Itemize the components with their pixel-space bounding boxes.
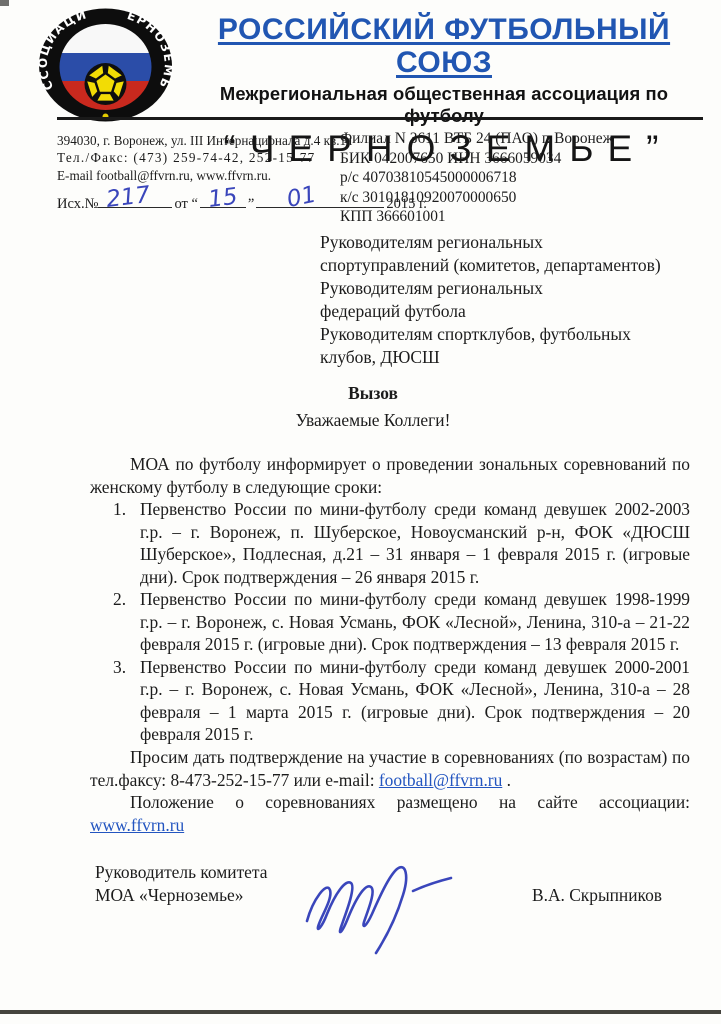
signer-position-line1: Руководитель комитета [95, 861, 267, 884]
ref-number-blank: 217 [98, 192, 172, 208]
ref-day-blank: 15 [200, 192, 246, 208]
contact-details: 394030, г. Воронеж, ул. III Интернациона… [57, 132, 353, 184]
signer-position-line2: МОА «Черноземье» [95, 884, 267, 907]
letter-subject: Вызов [90, 382, 690, 405]
site-link-line: www.ffvrn.ru [90, 814, 690, 837]
ref-year: 2015 г. [384, 196, 429, 212]
competition-list: Первенство России по мини-футболу среди … [90, 498, 690, 746]
letter-body: Вызов Уважаемые Коллеги! МОА по футболу … [90, 382, 690, 836]
signer-position: Руководитель комитета МОА «Черноземье» [95, 861, 267, 907]
regulations-paragraph: Положение о соревнованиях размещено на с… [90, 791, 690, 814]
scan-corner-artifact [0, 0, 9, 6]
recipients-block: Руководителям региональных спортуправлен… [320, 231, 714, 369]
confirmation-text-end: . [502, 770, 511, 790]
handwritten-day: 15 [207, 184, 239, 213]
organization-subtitle: Межрегиональная общественная ассоциация … [186, 83, 702, 127]
ref-prefix: Исх.№ [57, 196, 98, 212]
bank-line: БИК 042007650 ИНН 3666059034 [340, 149, 692, 169]
competition-item-3: Первенство России по мини-футболу среди … [90, 656, 690, 746]
contact-address: 394030, г. Воронеж, ул. III Интернациона… [57, 132, 353, 149]
letter-salutation: Уважаемые Коллеги! [90, 409, 690, 432]
ref-from-label: от “ [172, 196, 199, 212]
association-emblem-logo: АССОЦИАЦИЯ ЧЕРНОЗЕМЬЕ [37, 7, 174, 124]
recipient-line: клубов, ДЮСШ [320, 346, 714, 369]
competition-item-1: Первенство России по мини-футболу среди … [90, 498, 690, 588]
recipient-line: Руководителям спортклубов, футбольных [320, 323, 714, 346]
confirmation-paragraph: Просим дать подтверждение на участие в с… [90, 746, 690, 791]
recipient-line: спортуправлений (комитетов, департаменто… [320, 254, 714, 277]
competition-item-2: Первенство России по мини-футболу среди … [90, 588, 690, 656]
handwritten-month: 01 [285, 181, 319, 213]
header-divider [57, 117, 703, 120]
ref-month-blank: 01 [256, 192, 384, 208]
outgoing-ref-line: Исх.№217от “15”012015 г. [57, 192, 429, 213]
recipient-line: Руководителям региональных [320, 231, 714, 254]
organization-title: РОССИЙСКИЙ ФУТБОЛЬНЫЙ СОЮЗ [186, 13, 702, 79]
ref-close-quote: ” [246, 196, 256, 212]
bank-line: Филиал N 3611 ВТБ 24 (ПАО) г. Воронеж [340, 129, 692, 149]
intro-paragraph: МОА по футболу информирует о проведении … [90, 453, 690, 498]
scan-bottom-edge [0, 1010, 721, 1014]
signer-name: В.А. Скрыпников [532, 884, 662, 907]
website-link[interactable]: www.ffvrn.ru [90, 815, 184, 835]
scanned-letter-page: АССОЦИАЦИЯ ЧЕРНОЗЕМЬЕ РОССИЙСКИЙ ФУТБОЛЬ… [0, 0, 721, 1024]
email-link[interactable]: football@ffvrn.ru [379, 770, 502, 790]
handwritten-signature [293, 851, 465, 959]
football-icon [85, 63, 127, 105]
handwritten-ref-number: 217 [105, 182, 152, 213]
recipient-line: федераций футбола [320, 300, 714, 323]
recipient-line: Руководителям региональных [320, 277, 714, 300]
contact-phone: Тел./Факс: (473) 259-74-42, 252-15-77 [57, 149, 353, 166]
bank-line: р/с 40703810545000006718 [340, 168, 692, 188]
